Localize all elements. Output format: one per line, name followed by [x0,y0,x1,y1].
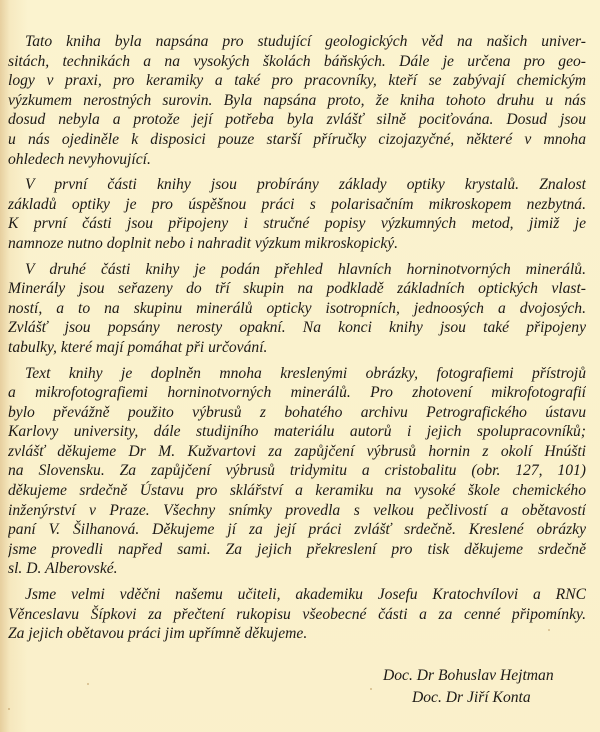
author-signature: Doc. Dr Bohuslav Hejtman [383,666,554,686]
paper-speck [370,688,372,690]
text-line: inženýrství v Praze. Všechny snímky prov… [8,501,586,521]
text-line: namnoze nutno doplnit nebo i nahradit vý… [8,234,586,254]
paper-speck [8,708,10,710]
paper-speck [548,629,550,631]
text-line: dosud nebyla a protože její potřeba byla… [8,110,586,130]
text-line: Text knihy je doplněn mnoha kreslenými o… [8,364,586,384]
text-line: K první části jsou připojeny i stručné p… [8,214,586,234]
text-line: ohledech nevyhovující. [8,150,586,170]
paragraph-4: Text knihy je doplněn mnoha kreslenými o… [8,364,586,580]
text-line: základů optiky je pro úspěšnou práci s p… [8,195,586,215]
text-line: ností, a to na skupinu minerálů opticky … [8,299,586,319]
paragraph-3: V druhé části knihy je podán přehled hla… [8,260,586,358]
text-line: Jsme velmi vděčni našemu učiteli, akadem… [8,585,586,605]
paragraph-2: V první části knihy jsou probírány zákla… [8,175,586,253]
text-line: výzkumem nerostných surovin. Byla napsán… [8,91,586,111]
text-line: děkujeme srdečně Ústavu pro sklářství a … [8,481,586,501]
author-signature: Doc. Dr Jiří Konta [412,688,531,708]
text-line: Karlovy university, dále studijního mate… [8,422,586,442]
paragraph-1: Tato kniha byla napsána pro studující ge… [8,32,586,169]
paragraph-5: Jsme velmi vděčni našemu učiteli, akadem… [8,585,586,644]
text-line: Zvlášť jsou popsány nerosty opakní. Na k… [8,318,586,338]
text-line: V druhé části knihy je podán přehled hla… [8,260,586,280]
text-line: jsme provedli napřed sami. Za jejich pře… [8,540,586,560]
text-line: na Slovensku. Za zapůjčení výbrusů tridy… [8,461,586,481]
text-line: logy v praxi, pro keramiky a také pro pr… [8,71,586,91]
text-line: Věnceslavu Šípkovi za přečtení rukopisu … [8,605,586,625]
text-line: paní V. Šilhanová. Děkujeme jí za její p… [8,520,586,540]
book-page: Tato kniha byla napsána pro studující ge… [0,0,600,732]
text-line: Za jejich obětavou práci jim upřímně děk… [8,624,586,644]
text-line: tabulky, které mají pomáhat při určování… [8,338,586,358]
text-line: zvlášť děkujeme Dr M. Kužvartovi za zapů… [8,442,586,462]
text-line: sitách, technikách a na vysokých školách… [8,52,586,72]
text-line: a mikrofotografiemi horninotvorných mine… [8,383,586,403]
text-line: sl. D. Alberovské. [8,559,586,579]
text-line: Minerály jsou seřazeny do tří skupin na … [8,279,586,299]
paper-speck [87,683,89,685]
text-line: u nás ojediněle k disposici pouze starší… [8,130,586,150]
text-line: V první části knihy jsou probírány zákla… [8,175,586,195]
text-line: Tato kniha byla napsána pro studující ge… [8,32,586,52]
text-line: bylo převážně použito výbrusů z bohatého… [8,403,586,423]
preface-text: Tato kniha byla napsána pro studující ge… [8,32,586,650]
